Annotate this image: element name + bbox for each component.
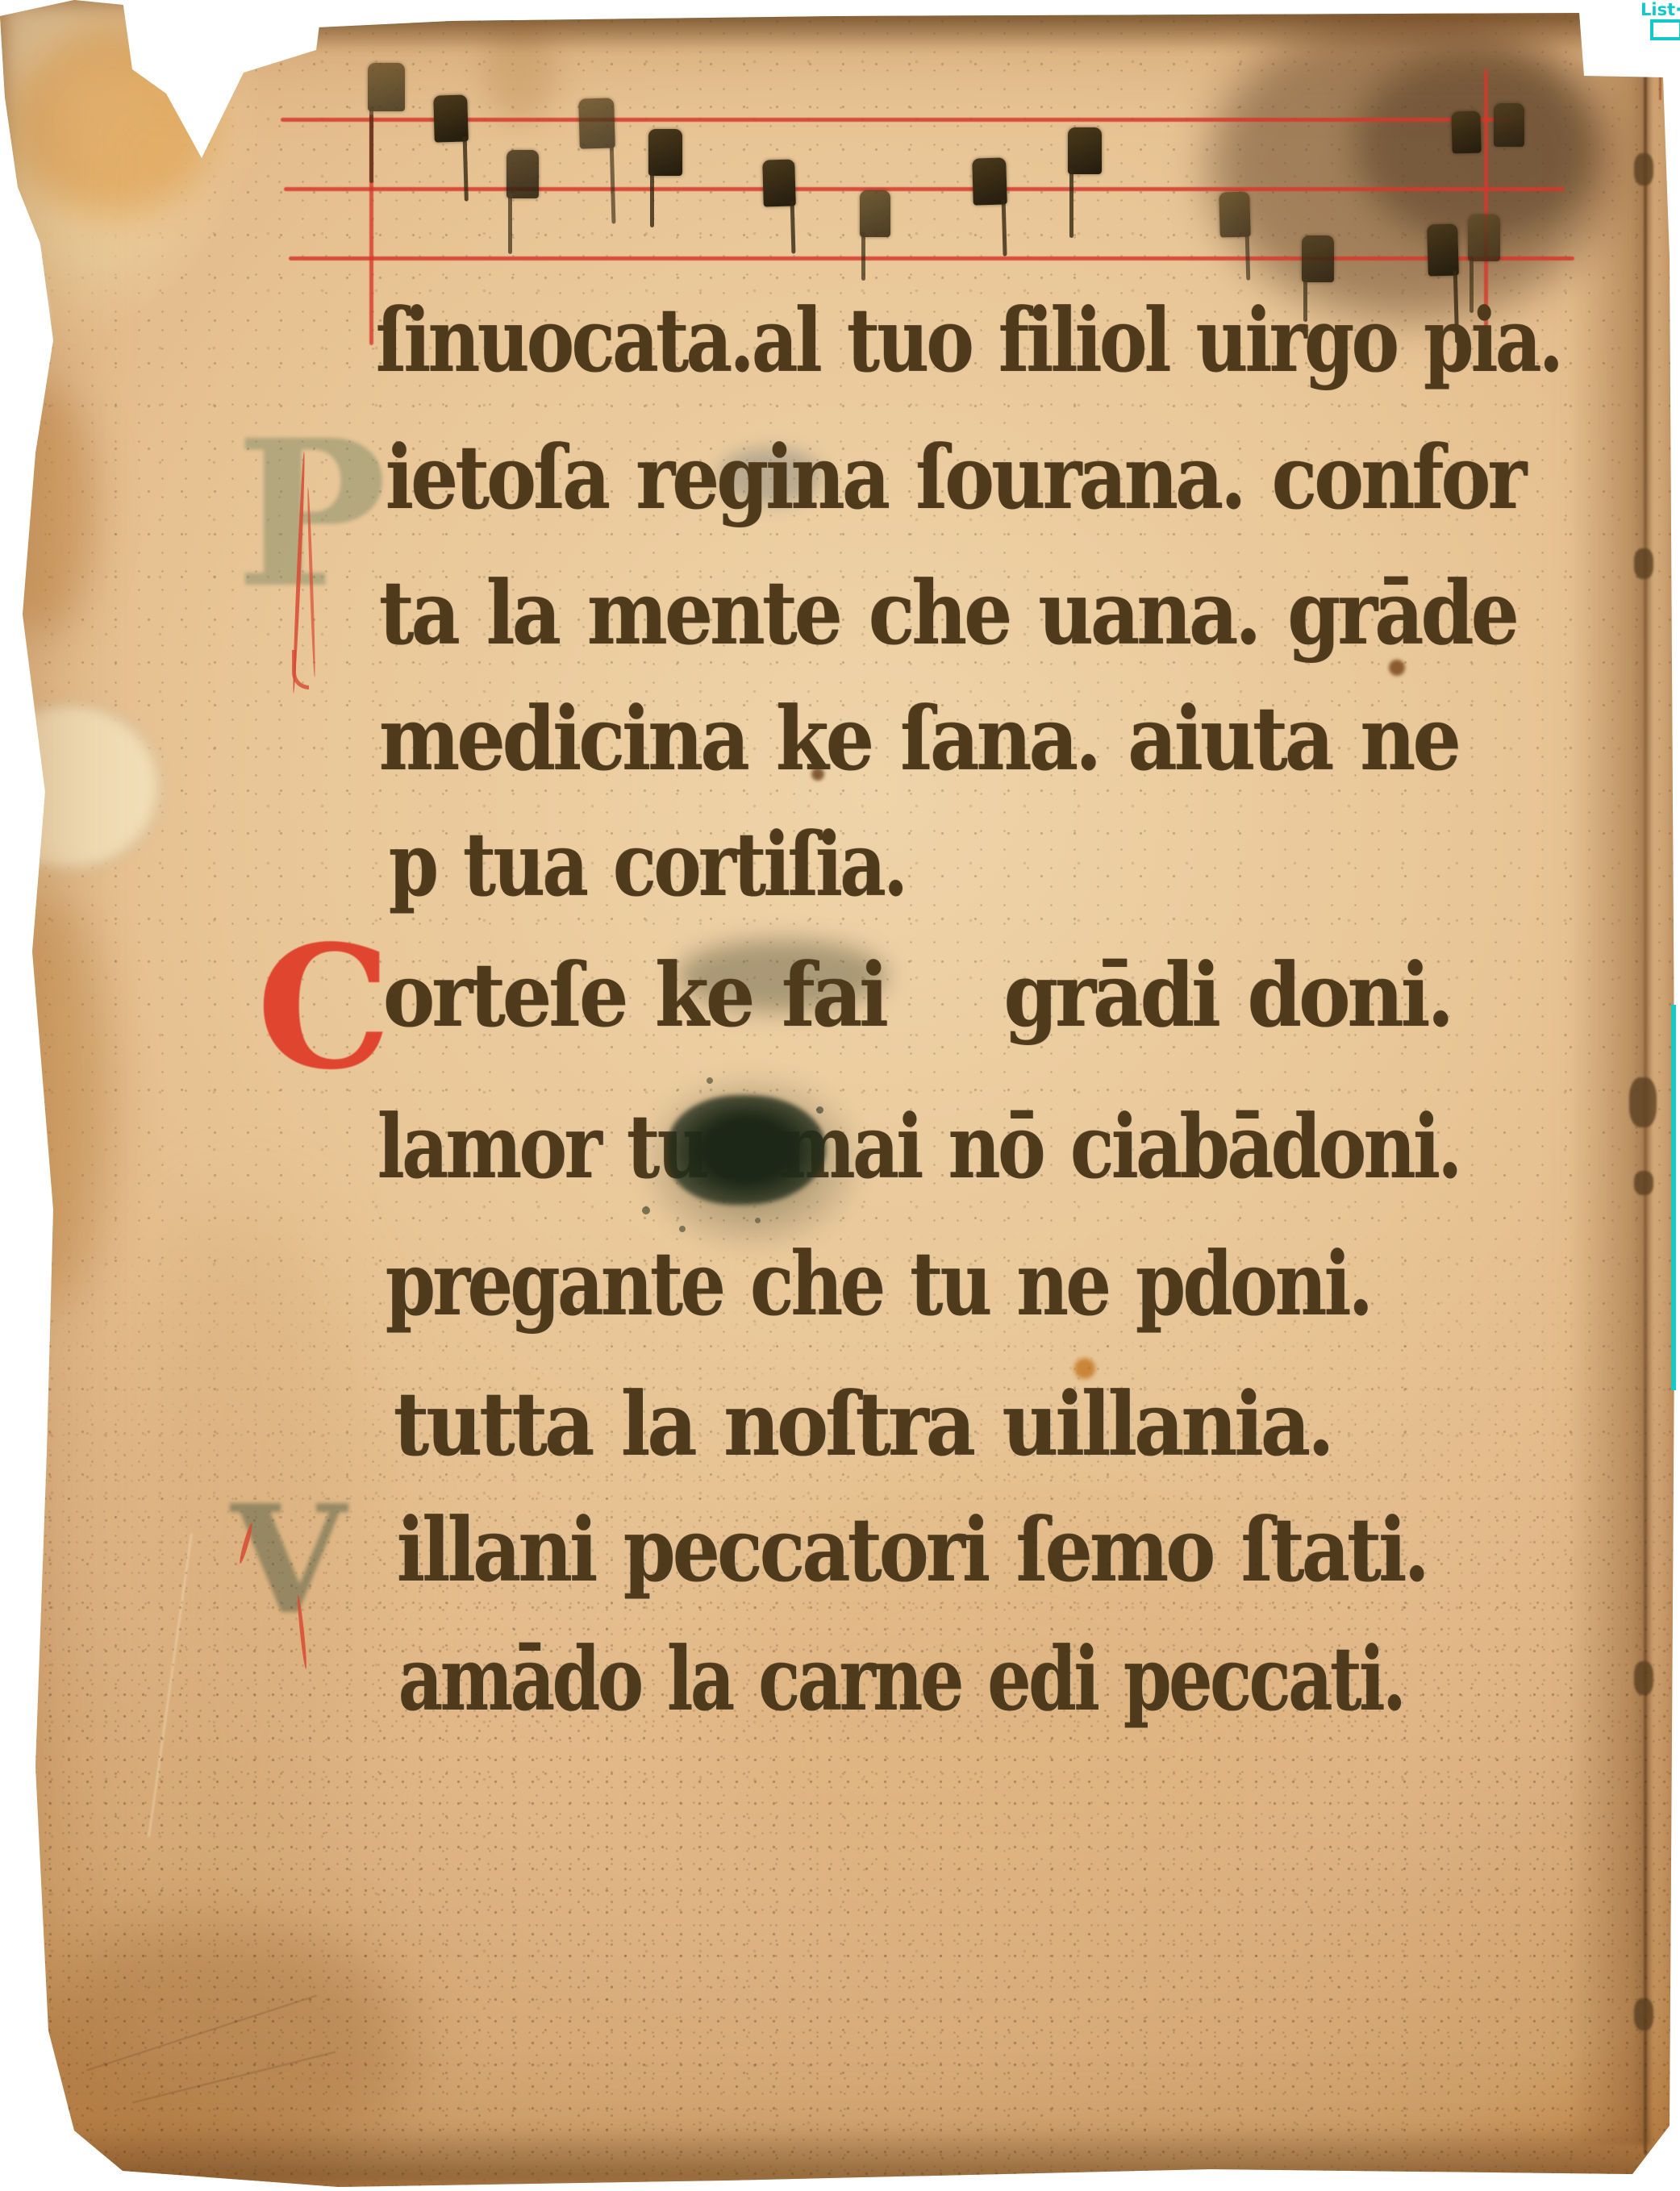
stitch-hole — [1634, 153, 1653, 185]
neume-tail — [508, 194, 512, 254]
neume-note — [1219, 191, 1251, 237]
corner-cyan-box — [1650, 19, 1680, 40]
stain-top-right-core — [1355, 48, 1597, 242]
neume-tail — [463, 137, 469, 202]
text-line: pregante che tu ne pdoni. — [386, 1240, 1370, 1328]
neume-note — [368, 63, 405, 111]
torn-edge-notch — [0, 266, 47, 364]
stitch-hole — [1634, 548, 1653, 579]
neume-tail — [1303, 277, 1307, 322]
neume-note — [972, 157, 1007, 205]
illuminated-initial: C — [256, 942, 391, 1074]
neume-note — [507, 150, 539, 198]
text-line: tutta la noſtra uillania. — [394, 1381, 1332, 1468]
stitch-hole — [1634, 1661, 1653, 1695]
neume-note — [860, 190, 890, 237]
ink-spray-dot — [642, 1206, 650, 1214]
neume-tail — [610, 143, 616, 223]
text-line: lamor tuo mai nō ciabādoni. — [377, 1103, 1460, 1191]
neume-tail — [1453, 270, 1460, 343]
stitch-hole — [1634, 1171, 1653, 1195]
stain-left-tongue — [0, 702, 163, 873]
ink-spray-dot — [755, 1218, 761, 1223]
parchment-page: ſinuocata.al tuo filiol uirgo pia.ietoſa… — [0, 0, 1680, 2191]
neume-tail — [650, 171, 654, 227]
ink-spray-dot — [679, 1226, 686, 1232]
neume-note — [1451, 111, 1481, 154]
initial-v-accent — [238, 1522, 254, 1564]
staff-line — [289, 256, 1574, 260]
illuminated-initial: V — [231, 1502, 347, 1618]
ink-spray-dot — [707, 1077, 713, 1084]
stitch-hole — [1629, 1077, 1657, 1127]
smudge-dark-line6 — [677, 939, 887, 1012]
fleck-orange — [1074, 1358, 1095, 1379]
stain-top-right — [1210, 12, 1613, 319]
text-line: medicina ke ſana. aiuta ne — [379, 695, 1458, 783]
neume-note — [1068, 127, 1102, 174]
neume-note — [762, 159, 796, 206]
neume-note — [1494, 103, 1524, 147]
surface-scratch — [86, 1995, 317, 2072]
page-top-edge-shadow — [177, 10, 1589, 52]
margin-red-squiggle — [296, 1595, 308, 1669]
neume-note — [648, 129, 682, 176]
scan-canvas: ſinuocata.al tuo filiol uirgo pia.ietoſa… — [0, 0, 1680, 2191]
neume-note — [1302, 235, 1334, 282]
stitch-hole — [1634, 1998, 1653, 2031]
neume-tail — [1245, 232, 1251, 281]
stain-left-dark-lower — [0, 887, 113, 1306]
text-line: ta la mente che uana. grāde — [379, 569, 1516, 657]
ink-spray-dot — [816, 1106, 823, 1114]
corner-cyan-label: List· — [1640, 0, 1680, 19]
stain-mid-left-haze — [121, 1210, 363, 1935]
neume-tail — [1002, 200, 1007, 256]
text-line: orteſe ke fai grādi doni. — [383, 952, 1451, 1039]
neume-note — [433, 94, 469, 142]
staff-barline — [369, 115, 373, 345]
parchment-crease — [148, 1534, 193, 1838]
fleck-brown-2 — [811, 768, 824, 781]
text-line: ietoſa regina ſourana. confor — [386, 434, 1524, 522]
smudge-gray-line2 — [718, 448, 823, 504]
neume-tail — [369, 106, 373, 183]
neume-note — [578, 98, 615, 148]
neume-tail — [1069, 169, 1073, 238]
neume-tail — [861, 232, 865, 281]
neume-tail — [1469, 256, 1474, 313]
initial-p-flourish — [306, 487, 316, 677]
text-line: illani peccatori ſemo ſtati. — [397, 1506, 1427, 1594]
neume-note — [1468, 215, 1500, 261]
page-bottom-edge-shadow — [73, 2126, 1653, 2184]
text-line: amādo la carne edi peccati. — [398, 1635, 1403, 1723]
text-line: ſinuocata.al tuo filiol uirgo pia. — [376, 297, 1561, 385]
stain-center-haze — [686, 1492, 1331, 1976]
staff-barline — [1484, 69, 1488, 337]
text-line: p tua cortiſia. — [389, 821, 906, 909]
stain-left-dark-upper — [0, 379, 97, 637]
fleck-brown-1 — [1389, 660, 1405, 676]
neume-tail — [790, 202, 796, 254]
staff-line — [281, 118, 1513, 122]
edge-cyan-line — [1671, 1005, 1676, 1390]
staff-line — [284, 187, 1565, 191]
surface-scratch — [132, 2051, 336, 2104]
neume-note — [1427, 223, 1459, 276]
